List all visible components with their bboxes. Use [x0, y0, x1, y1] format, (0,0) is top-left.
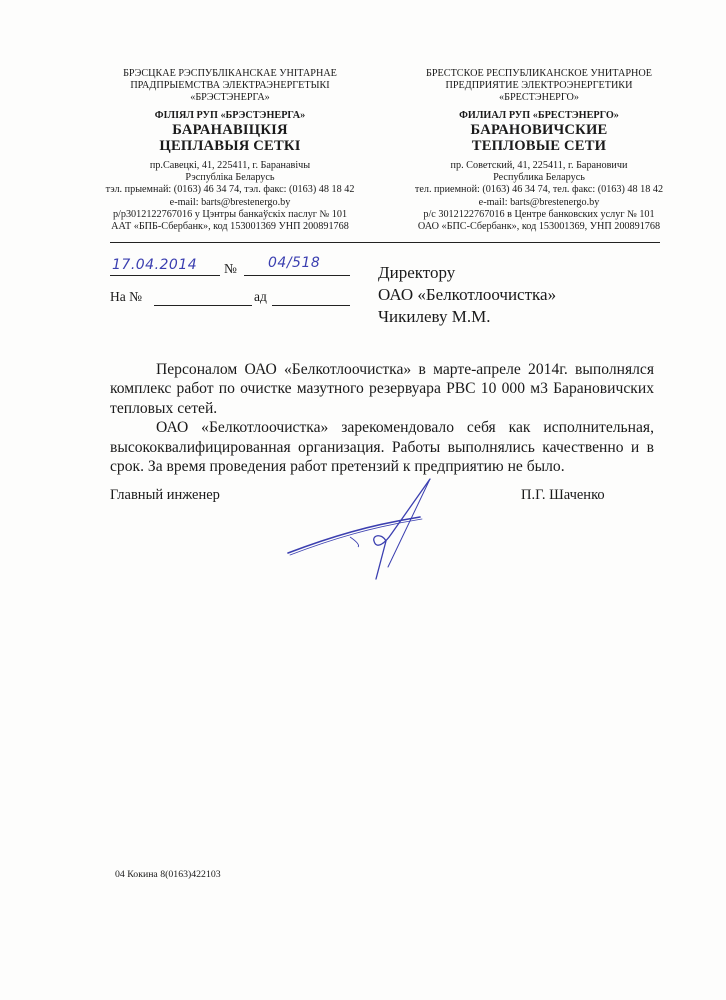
body-paragraph: Персоналом ОАО «Белкотлоочистка» в марте… [110, 360, 654, 418]
email-line: e-mail: barts@brestenergo.by [104, 197, 356, 209]
org-line: БРЕСТСКОЕ РЕСПУБЛИКАНСКОЕ УНИТАРНОЕ [396, 68, 682, 80]
letter-body: Персоналом ОАО «Белкотлоочистка» в марте… [110, 360, 654, 476]
reply-number-row: На № ад [110, 283, 350, 309]
executor-note: 04 Кокина 8(0163)422103 [115, 869, 221, 880]
bank-account-line: р/р3012122767016 у Цэнтры банкаўскіх пас… [104, 209, 356, 221]
number-underline [244, 275, 350, 276]
letterhead-russian: БРЕСТСКОЕ РЕСПУБЛИКАНСКОЕ УНИТАРНОЕ ПРЕД… [396, 68, 682, 233]
number-label: № [224, 261, 237, 277]
handwritten-number: 04/518 [268, 255, 320, 271]
bank-code-line: ААТ «БПБ-Сбербанк», код 153001369 УНП 20… [104, 221, 356, 233]
country-line: Рэспубліка Беларусь [104, 172, 356, 184]
contact-details: пр.Савецкі, 41, 225411, г. Баранавічы Рэ… [104, 160, 356, 233]
addressee-block: Директору ОАО «Белкотлоочистка» Чикилеву… [378, 262, 556, 328]
bank-account-line: р/с 3012122767016 в Центре банковских ус… [396, 209, 682, 221]
phone-line: тел. приемной: (0163) 46 34 74, тел. фак… [396, 184, 682, 196]
registration-block: 17.04.2014 № 04/518 На № ад [110, 257, 350, 309]
signatory-name: П.Г. Шаченко [521, 487, 605, 504]
address-line: пр. Советский, 41, 225411, г. Барановичи [396, 160, 682, 172]
email-line: e-mail: barts@brestenergo.by [396, 197, 682, 209]
reply-label: На № [110, 289, 142, 305]
date-underline [110, 275, 220, 276]
address-line: пр.Савецкі, 41, 225411, г. Баранавічы [104, 160, 356, 172]
letterhead-belarusian: БРЭСЦКАЕ РЭСПУБЛІКАНСКАЕ УНІТАРНАЕ ПРАДП… [104, 68, 356, 233]
org-line: ПРЕДПРИЯТИЕ ЭЛЕКТРОЭНЕРГЕТИКИ [396, 80, 682, 92]
branch-name: БАРАНАВІЦКІЯ [104, 122, 356, 138]
reply-from-label: ад [254, 289, 267, 305]
signatory-position: Главный инженер [110, 487, 220, 504]
reply-number-underline [154, 305, 252, 306]
reply-date-underline [272, 305, 350, 306]
letterhead-divider [110, 242, 660, 243]
addressee-position: Директору [378, 262, 556, 284]
phone-line: тэл. прыемнай: (0163) 46 34 74, тэл. фак… [104, 184, 356, 196]
branch-name: БАРАНОВИЧСКИЕ [396, 122, 682, 138]
outgoing-number-row: 17.04.2014 № 04/518 [110, 257, 350, 283]
contact-details: пр. Советский, 41, 225411, г. Барановичи… [396, 160, 682, 233]
body-paragraph: ОАО «Белкотлоочистка» зарекомендовало се… [110, 418, 654, 476]
handwritten-signature-icon [280, 475, 460, 585]
branch-title: ФИЛИАЛ РУП «БРЕСТЭНЕРГО» [396, 110, 682, 122]
org-line: «БРЕСТЭНЕРГО» [396, 92, 682, 104]
addressee-name: Чикилеву М.М. [378, 306, 556, 328]
country-line: Республика Беларусь [396, 172, 682, 184]
branch-name: ЦЕПЛАВЫЯ СЕТКІ [104, 138, 356, 154]
handwritten-date: 17.04.2014 [112, 257, 197, 273]
branch-name: ТЕПЛОВЫЕ СЕТИ [396, 138, 682, 154]
letter-page: БРЭСЦКАЕ РЭСПУБЛІКАНСКАЕ УНІТАРНАЕ ПРАДП… [0, 0, 726, 1000]
org-line: «БРЭСТЭНЕРГА» [104, 92, 356, 104]
branch-title: ФІЛІЯЛ РУП «БРЭСТЭНЕРГА» [104, 110, 356, 122]
org-line: ПРАДПРЫЕМСТВА ЭЛЕКТРАЭНЕРГЕТЫКІ [104, 80, 356, 92]
addressee-organization: ОАО «Белкотлоочистка» [378, 284, 556, 306]
org-line: БРЭСЦКАЕ РЭСПУБЛІКАНСКАЕ УНІТАРНАЕ [104, 68, 356, 80]
bank-code-line: ОАО «БПС-Сбербанк», код 153001369, УНП 2… [396, 221, 682, 233]
